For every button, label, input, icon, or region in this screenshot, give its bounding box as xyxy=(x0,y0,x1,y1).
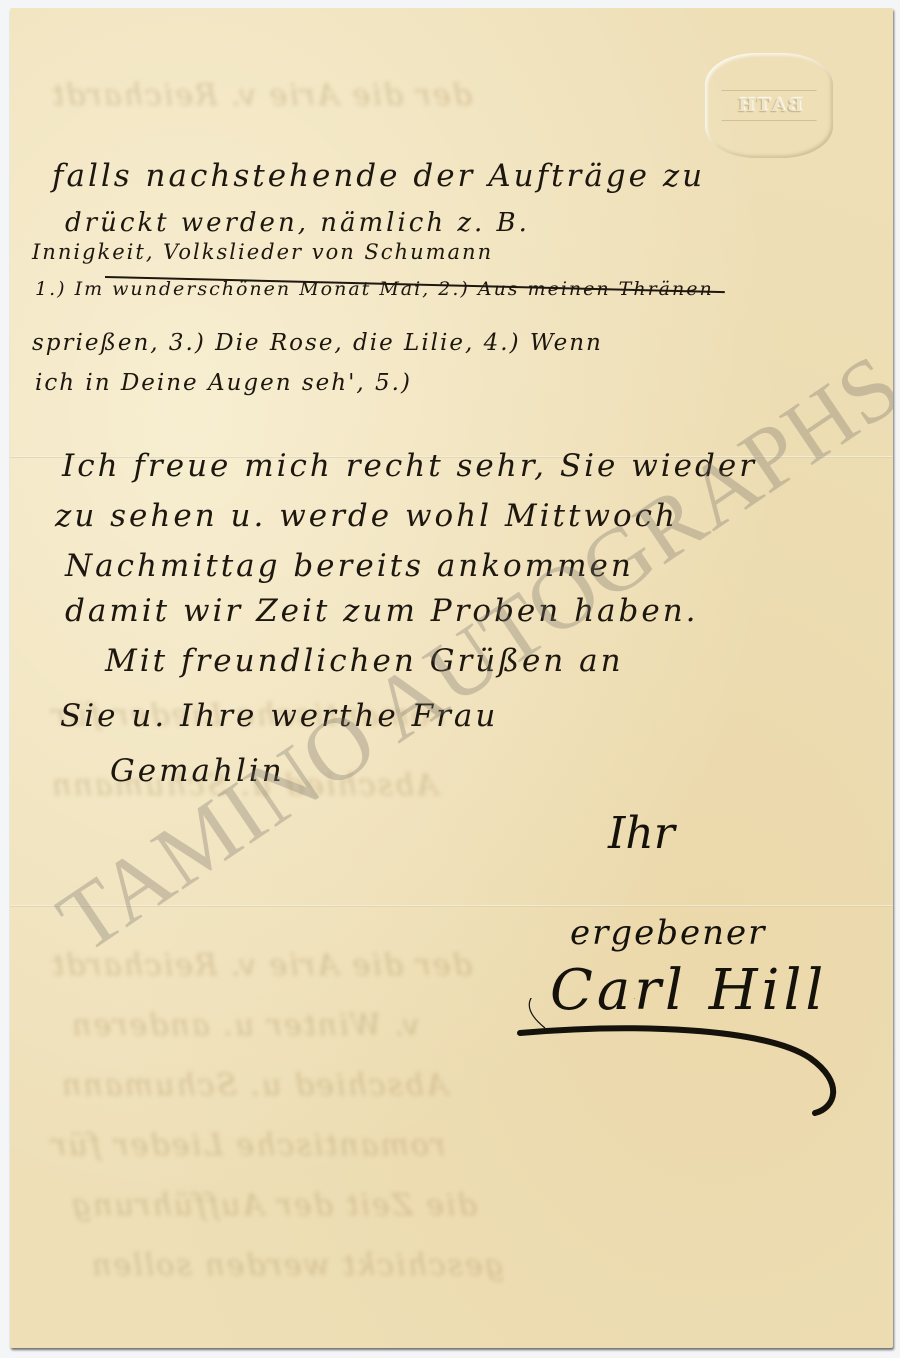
embossed-stamp: BATH xyxy=(705,53,833,158)
letter-line-1: falls nachstehende der Aufträge zu xyxy=(52,158,705,194)
closing-ergebener: ergebener xyxy=(570,913,766,953)
showthrough-line: v. Winter u. anderen xyxy=(70,1008,419,1043)
letter-line-5: sprießen, 3.) Die Rose, die Lilie, 4.) W… xyxy=(32,330,603,356)
emboss-label: BATH xyxy=(722,90,817,121)
letter-line-4: 1.) Im wunderschönen Monat Mai, 2.) Aus … xyxy=(35,278,714,300)
letter-line-3: Innigkeit, Volkslieder von Schumann xyxy=(32,240,493,264)
showthrough-line: romantische Lieder für xyxy=(50,1128,445,1163)
showthrough-line: Abschied u. Schumann xyxy=(60,1068,448,1103)
showthrough-line: der die Arie v. Reichardt xyxy=(50,78,472,113)
letter-paper: der die Arie v. Reichardt der die Arie v… xyxy=(10,8,893,1348)
closing-ihr: Ihr xyxy=(608,808,675,859)
showthrough-line: die Zeit der Aufführung xyxy=(70,1188,477,1223)
letter-line-2: drückt werden, nämlich z. B. xyxy=(65,208,530,238)
signature-flourish-icon xyxy=(515,998,875,1128)
letter-line-6: ich in Deine Augen seh', 5.) xyxy=(35,370,412,396)
showthrough-line: geschickt werden sollen xyxy=(90,1248,504,1283)
